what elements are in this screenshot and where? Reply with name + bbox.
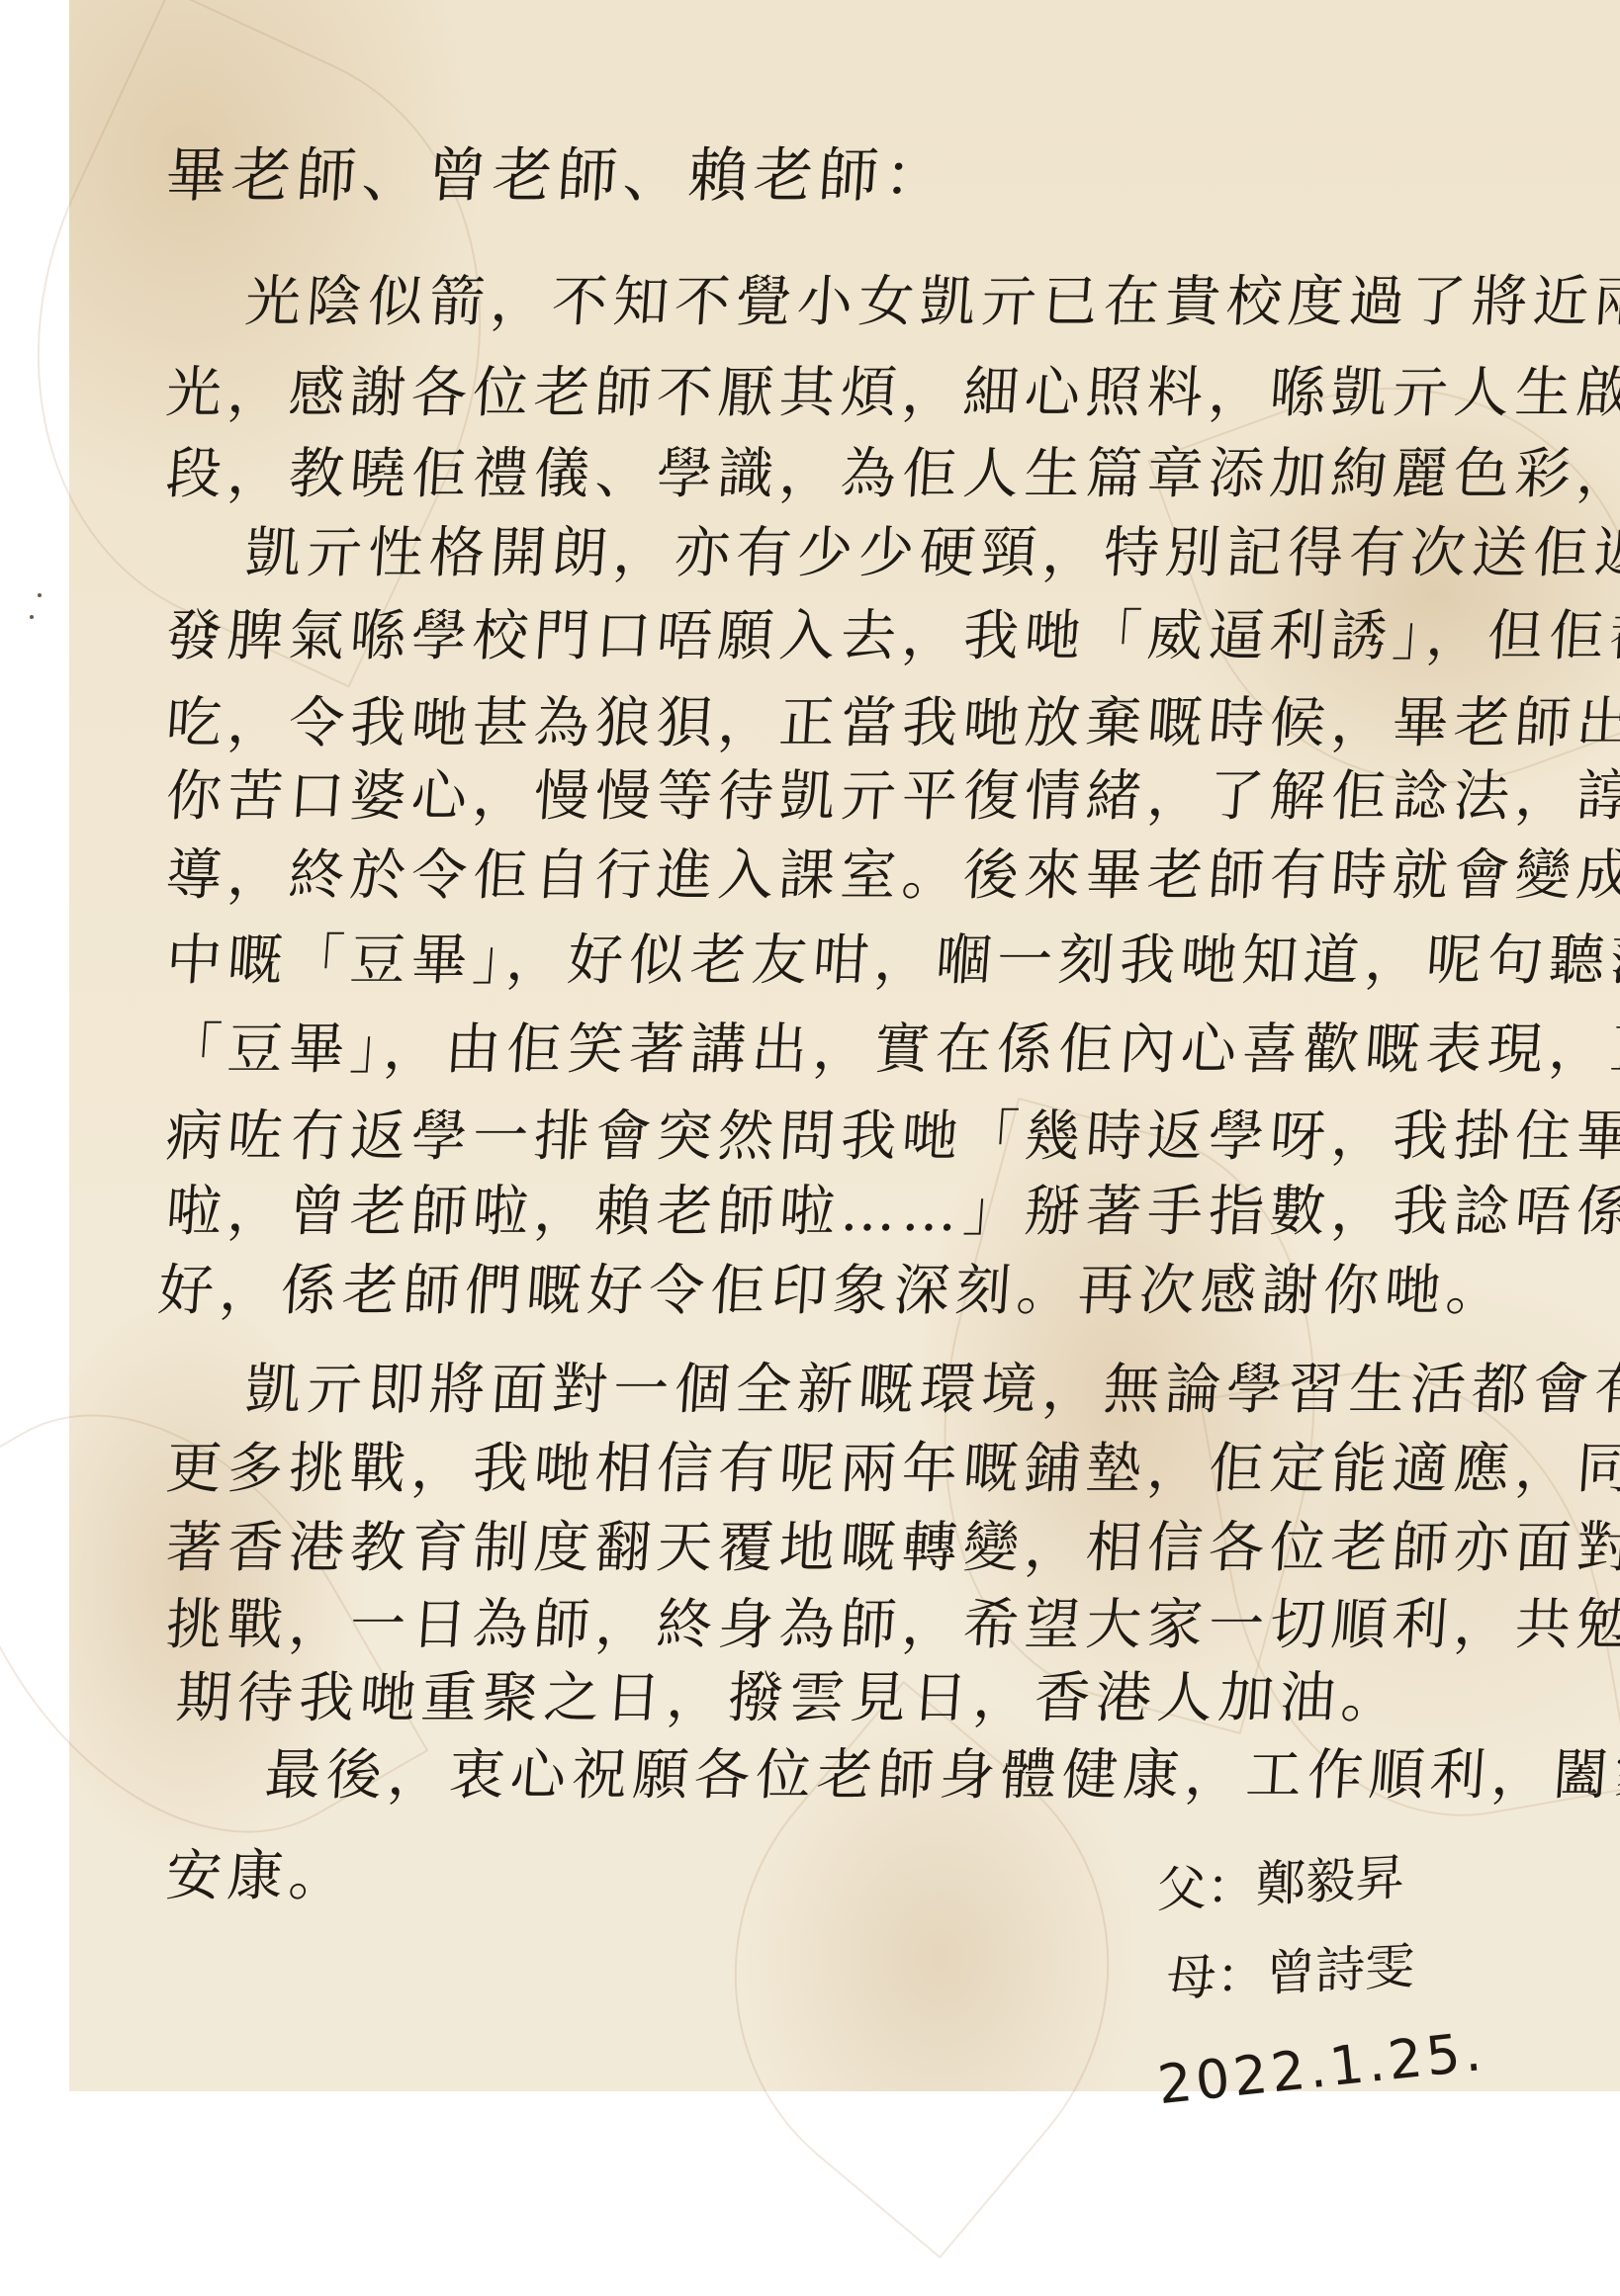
letter-line: 吃，令我哋甚為狼狽，正當我哋放棄嘅時候，畢老師出現咗， <box>164 696 1620 751</box>
letter-line: 光，感謝各位老師不厭其煩，細心照料，喺凱亓人生啟蒙階 <box>164 366 1620 421</box>
letter-line: 著香港教育制度翻天覆地嘅轉變，相信各位老師亦面對唔少 <box>164 1521 1620 1576</box>
letter-date: 2022.1.25. <box>1155 2020 1488 2116</box>
letter-line: 段，教曉佢禮儀、學識，為佢人生篇章添加絢麗色彩，感謝！ <box>164 447 1620 502</box>
father-label: 父： <box>1156 1856 1256 1918</box>
letter-line: 中嘅「豆畢」，好似老友咁，嗰一刻我哋知道，呢句聽落唔夠尊重 <box>164 933 1620 989</box>
mother-label: 母： <box>1166 1945 1266 2007</box>
letter-line: 啦，曾老師啦，賴老師啦……」掰著手指數，我諗唔係佢記性 <box>164 1185 1620 1240</box>
letter-line: 更多挑戰，我哋相信有呢兩年嘅鋪墊，佢定能適應，同時隨 <box>164 1442 1620 1497</box>
letter-line: 挑戰，一日為師，終身為師，希望大家一切順利，共勉之，亦 <box>164 1598 1620 1653</box>
scan-speck <box>38 593 42 597</box>
letter-line: 凱亓即將面對一個全新嘅環境，無論學習生活都會有 <box>243 1363 1620 1418</box>
letter-line: 你苦口婆心，慢慢等待凱亓平復情緒，了解佢諗法，諄諄教 <box>164 769 1620 825</box>
letter-line: 期待我哋重聚之日，撥雲見日，香港人加油。 <box>174 1671 1404 1726</box>
letter-line: 光陰似箭，不知不覺小女凱亓已在貴校度過了將近兩年時 <box>243 275 1620 330</box>
letter-line: 病咗冇返學一排會突然問我哋「幾時返學呀，我掛住畢老師 <box>164 1109 1620 1165</box>
mother-signature: 母：曾詩雯 <box>1166 1941 1414 2003</box>
scan-speck <box>30 615 34 619</box>
letter-line: 發脾氣喺學校門口唔願入去，我哋「威逼利誘」，但佢都硬不 <box>164 609 1620 664</box>
father-name: 鄭毅昇 <box>1255 1848 1404 1913</box>
letter-line: 凱亓性格開朗，亦有少少硬頸，特別記得有次送佢返學，佢 <box>243 526 1620 581</box>
letter-line: 安康。 <box>164 1849 352 1904</box>
letter-line: 好，係老師們嘅好令佢印象深刻。再次感謝你哋。 <box>156 1264 1509 1319</box>
letter-body: 畢老師、曾老師、賴老師： 光陰似箭，不知不覺小女凱亓已在貴校度過了將近兩年時 光… <box>0 0 1620 2296</box>
mother-name: 曾詩雯 <box>1265 1937 1414 2002</box>
father-signature: 父：鄭毅昇 <box>1156 1852 1404 1914</box>
letter-line: 導，終於令佢自行進入課室。後來畢老師有時就會變成凱亓口 <box>164 848 1620 904</box>
letter-line: 「豆畢」，由佢笑著講出，實在係佢內心喜歡嘅表現，正如佢之前 <box>164 1022 1620 1078</box>
salutation: 畢老師、曾老師、賴老師： <box>164 146 951 206</box>
letter-line: 最後，衷心祝願各位老師身體健康，工作順利，闔家 <box>263 1748 1620 1804</box>
